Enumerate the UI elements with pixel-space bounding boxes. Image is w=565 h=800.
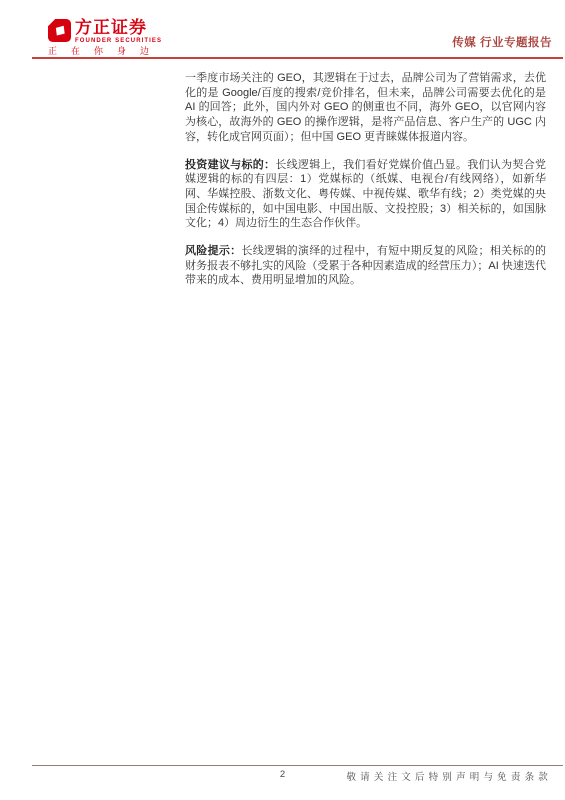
brand-name-cn: 方正证券 [75, 19, 162, 37]
paragraph-overview: 一季度市场关注的 GEO，其逻辑在于过去，品牌公司为了营销需求，去优化的是 Go… [185, 71, 546, 145]
report-type-label: 传媒 行业专题报告 [452, 34, 552, 50]
paragraph-lead: 投资建议与标的： [185, 159, 275, 171]
paragraph-risk-warning: 风险提示：长线逻辑的演绎的过程中，有短中期反复的风险；相关标的的财务报表不够扎实… [185, 244, 546, 288]
paragraph-lead: 风险提示： [185, 245, 241, 257]
brand-tagline: 正在你身边 [48, 44, 163, 57]
paragraph-text: 一季度市场关注的 GEO，其逻辑在于过去，品牌公司为了营销需求，去优化的是 Go… [185, 72, 546, 143]
founder-logo-icon [48, 19, 71, 42]
header-divider-line [32, 57, 563, 59]
footer-disclaimer: 敬请关注文后特别声明与免责条款 [346, 769, 552, 783]
footer-divider-line [32, 765, 563, 766]
report-body: 一季度市场关注的 GEO，其逻辑在于过去，品牌公司为了营销需求，去优化的是 Go… [185, 71, 546, 288]
report-page: 方正证券 FOUNDER SECURITIES 正在你身边 传媒 行业专题报告 … [0, 0, 565, 800]
paragraph-investment-advice: 投资建议与标的：长线逻辑上，我们看好党媒价值凸显。我们认为契合党媒逻辑的标的有四… [185, 158, 546, 232]
brand-logo: 方正证券 FOUNDER SECURITIES [48, 19, 162, 44]
